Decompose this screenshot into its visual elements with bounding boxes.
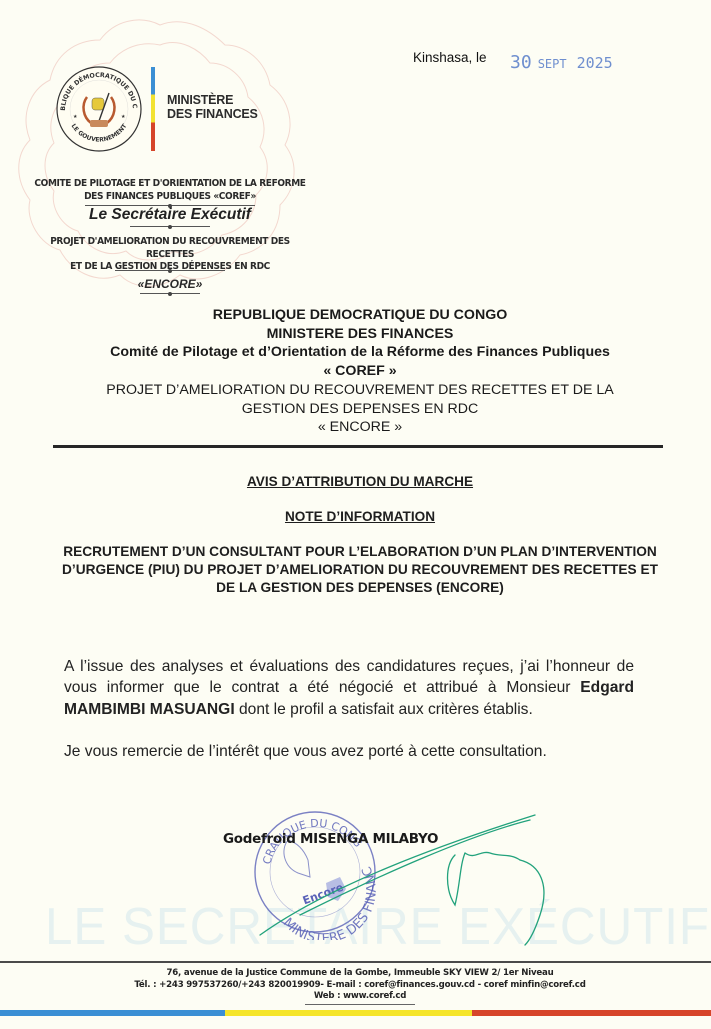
- header-committee: Comité de Pilotage et d’Orientation de l…: [40, 343, 680, 362]
- ministry-name-line2: DES FINANCES: [167, 107, 258, 121]
- header-encore: « ENCORE »: [40, 418, 680, 437]
- date-stamp-year: 2025: [577, 54, 613, 72]
- subject: RECRUTEMENT D’UN CONSULTANT POUR L’ELABO…: [60, 543, 660, 598]
- body-p1-text: A l’issue des analyses et évaluations de…: [64, 658, 634, 696]
- svg-text:★: ★: [121, 114, 126, 120]
- band-blue: [0, 1010, 225, 1016]
- date-stamp-month: SEPT: [538, 57, 567, 71]
- header-country: REPUBLIQUE DEMOCRATIQUE DU CONGO: [40, 306, 680, 325]
- header-project-line2: GESTION DES DEPENSES EN RDC: [40, 400, 680, 419]
- footer-contacts: Tél. : +243 997537260/+243 820019909- E-…: [60, 980, 660, 992]
- footer-color-band: [0, 1010, 711, 1016]
- date-stamp-day: 30: [510, 52, 532, 73]
- ministry-name: MINISTÈRE DES FINANCES: [167, 93, 258, 121]
- notice-title: AVIS D’ATTRIBUTION DU MARCHE: [40, 474, 680, 489]
- footer-contact: 76, avenue de la Justice Commune de la G…: [60, 968, 660, 1005]
- header-divider: [53, 445, 663, 448]
- date-stamp: 30SEPT2025: [510, 52, 613, 73]
- header-coref: « COREF »: [40, 362, 680, 381]
- body-p1-text-end: dont le profil a satisfait aux critères …: [235, 701, 533, 718]
- ministry-name-line1: MINISTÈRE: [167, 93, 258, 107]
- letterhead-title: Le Secrétaire Exécutif: [20, 206, 320, 224]
- letterhead-committee-line2: DES FINANCES PUBLIQUES «COREF»: [31, 191, 310, 204]
- ornament-divider: [130, 226, 210, 227]
- republic-seal-icon: RÉPUBLIQUE DÉMOCRATIQUE DU CONGO LE GOUV…: [55, 65, 143, 153]
- letterhead-committee-line1: COMITE DE PILOTAGE ET D'ORIENTATION DE L…: [31, 178, 310, 191]
- svg-text:★: ★: [73, 114, 78, 120]
- footer-website: Web : www.coref.cd: [60, 991, 660, 1003]
- official-header: REPUBLIQUE DEMOCRATIQUE DU CONGO MINISTE…: [40, 306, 680, 437]
- letterhead-acronym: «ENCORE»: [20, 277, 320, 291]
- note-title: NOTE D’INFORMATION: [40, 509, 680, 524]
- handwritten-signature: [240, 805, 560, 955]
- letterhead-project: PROJET D'AMELIORATION DU RECOUVREMENT DE…: [31, 236, 310, 274]
- body-paragraph-1: A l’issue des analyses et évaluations de…: [64, 656, 634, 720]
- footer-address: 76, avenue de la Justice Commune de la G…: [60, 968, 660, 980]
- footer-web-underline: [305, 1004, 415, 1005]
- place-date-prefix: Kinshasa, le: [413, 50, 487, 65]
- header-ministry: MINISTERE DES FINANCES: [40, 325, 680, 344]
- ornament-divider: [115, 270, 225, 271]
- flag-color-bar: [151, 67, 155, 151]
- letter-body: A l’issue des analyses et évaluations de…: [64, 656, 634, 783]
- letterhead-committee: COMITE DE PILOTAGE ET D'ORIENTATION DE L…: [31, 178, 310, 203]
- footer-rule: [0, 961, 711, 963]
- header-project-line1: PROJET D’AMELIORATION DU RECOUVREMENT DE…: [40, 381, 680, 400]
- band-red: [472, 1010, 711, 1016]
- ornament-divider: [140, 293, 200, 294]
- letterhead-project-line1: PROJET D'AMELIORATION DU RECOUVREMENT DE…: [31, 236, 310, 261]
- body-paragraph-2: Je vous remercie de l’intérêt que vous a…: [64, 741, 634, 762]
- band-yellow: [225, 1010, 472, 1016]
